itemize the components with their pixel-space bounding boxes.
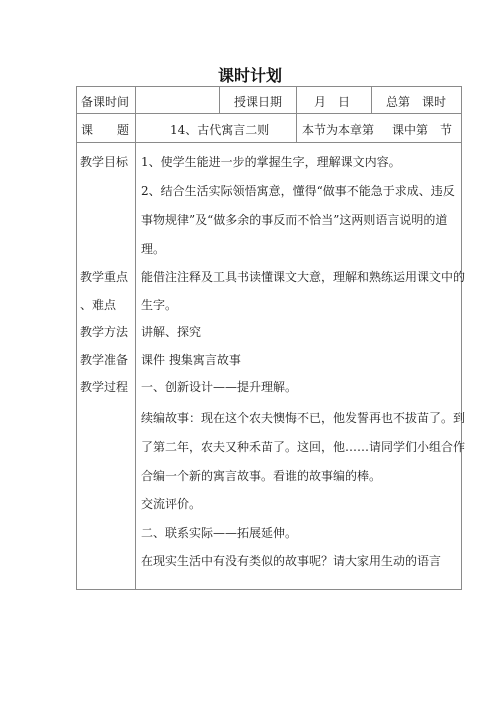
key-points-label: 、难点 [80,296,116,313]
objectives-line: 事物规律”及“做多余的事反而不恰当”这两则语言说明的道 [141,211,447,228]
total-lessons-label: 总第 课时 [386,93,446,110]
objectives-line: 2、结合生活实际领悟寓意，懂得“做事不能急于求成、违反 [141,182,455,199]
process-line: 了第二年，农夫又种禾苗了。这回，他……请同学们小组合作 [141,438,465,455]
table-border-right [461,86,462,590]
process-line: 在现实生活中有没有类似的故事呢？请大家用生动的语言 [141,552,441,569]
table-border-left [76,86,77,590]
row-divider [76,113,462,114]
key-points-line: 生字。 [141,296,177,313]
preparation-label: 教学准备 [80,351,128,368]
key-points-label: 教学重点 [80,268,128,285]
teach-date-value: 月 日 [314,93,350,110]
objectives-line: 1、使学生能进一步的掌握生字，理解课文内容。 [141,153,401,170]
page-title: 课时计划 [0,63,500,86]
section-info-b: 课中第 节 [392,121,452,138]
process-line: 一、创新设计——提升理解。 [141,378,297,395]
teach-date-label: 授课日期 [234,93,282,110]
section-info-a: 本节为本章第 [302,121,374,138]
key-points-line: 能借注注释及工具书读懂课文大意，理解和熟练运用课文中的 [141,268,465,285]
label-column-divider [135,86,136,590]
methods-label: 教学方法 [80,323,128,340]
col-divider [371,86,372,113]
prep-time-label: 备课时间 [81,93,129,110]
methods-value: 讲解、探究 [141,323,201,340]
process-line: 合编一个新的寓言故事。看谁的故事编的棒。 [141,467,381,484]
topic-label: 课 题 [81,121,129,138]
topic-value: 14、古代寓言二则 [170,121,269,138]
objectives-line: 理。 [141,240,165,257]
process-line: 交流评价。 [141,495,201,512]
process-label: 教学过程 [80,378,128,395]
table-border-top [76,86,462,87]
process-line: 二、联系实际——拓展延伸。 [141,524,297,541]
table-border-bottom [76,589,462,590]
col-divider [219,86,220,113]
process-line: 续编故事：现在这个农夫懊悔不已，他发誓再也不拔苗了。到 [141,409,465,426]
col-divider [296,86,297,142]
objectives-label: 教学目标 [80,153,128,170]
row-divider [76,142,462,143]
preparation-value: 课件 搜集寓言故事 [141,351,241,368]
